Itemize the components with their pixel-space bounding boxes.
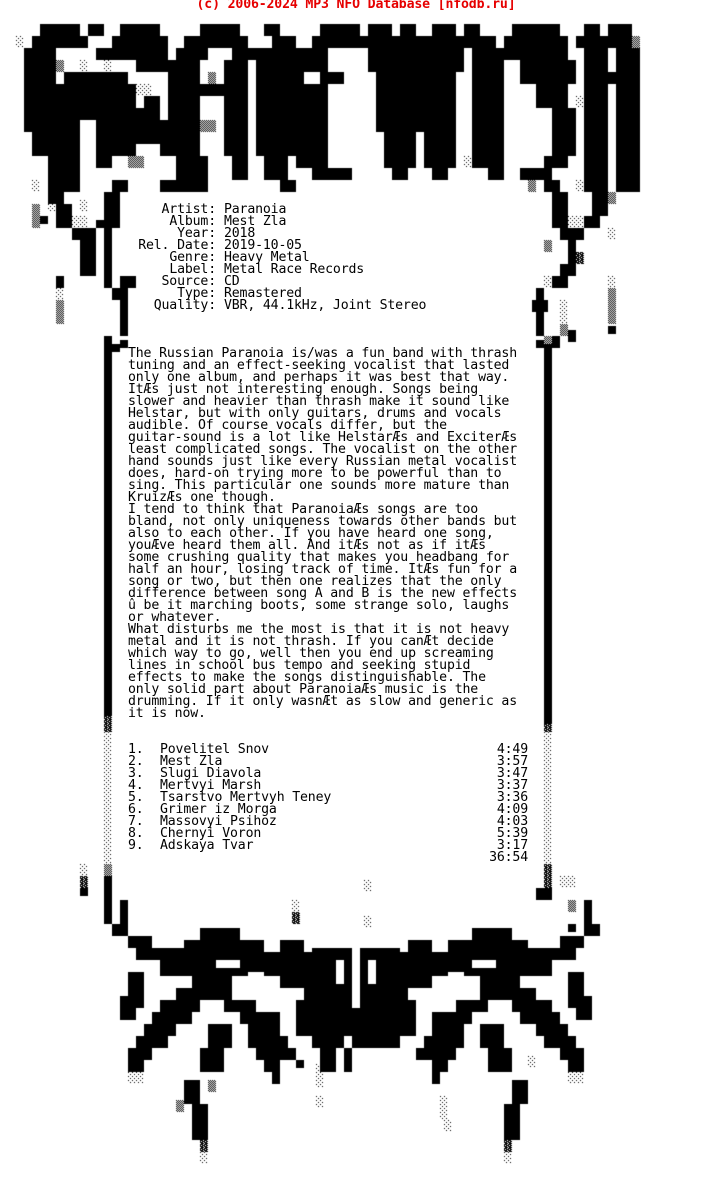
- info-row: Album:Mest Zla: [0, 216, 712, 228]
- info-row: Label:Metal Race Records: [0, 264, 712, 276]
- track-num: 9.: [128, 840, 144, 852]
- tracklist: 36:54 1.Povelitel Snov4:492.Mest Zla3:57…: [128, 744, 528, 768]
- track-row: 9.Adskaya Tvar3:17: [128, 840, 528, 852]
- info-value: Metal Race Records: [224, 264, 364, 276]
- info-row: Year:2018: [0, 228, 712, 240]
- info-row: Quality:VBR, 44.1kHz, Joint Stereo: [0, 300, 712, 312]
- info-row: Rel. Date:2019-10-05: [0, 240, 712, 252]
- info-row: Artist:Paranoia: [0, 204, 712, 216]
- track-title: Adskaya Tvar: [160, 840, 253, 852]
- info-label: Quality:: [154, 300, 216, 312]
- track-time: 3:17: [497, 840, 528, 852]
- total-time: 36:54: [489, 852, 528, 864]
- info-row: Source:CD: [0, 276, 712, 288]
- review-line: it is now.: [128, 708, 206, 720]
- info-value: VBR, 44.1kHz, Joint Stereo: [224, 300, 426, 312]
